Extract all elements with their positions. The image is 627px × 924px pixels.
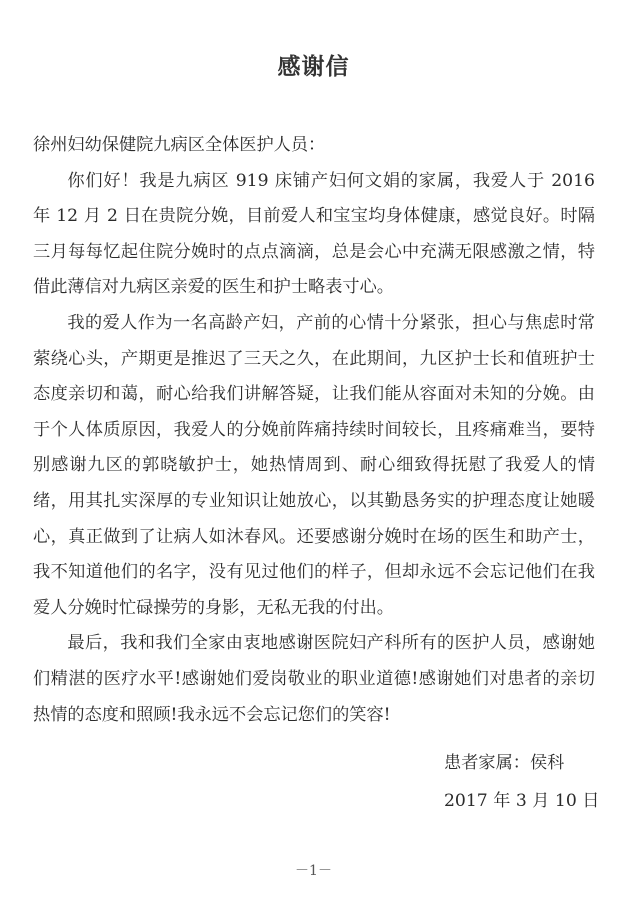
salutation: 徐州妇幼保健院九病区全体医护人员： (33, 128, 595, 164)
letter-title: 感谢信 (0, 48, 627, 81)
paragraph-2: 我的爱人作为一名高龄产妇，产前的心情十分紧张，担心与焦虑时常萦绕心头，产期更是推… (33, 306, 595, 626)
signature-date: 2017 年 3 月 10 日 (444, 786, 599, 811)
signature: 患者家属：侯科 (444, 748, 564, 773)
paragraph-1: 你们好！我是九病区 919 床铺产妇何文娟的家属，我爱人于 2016 年 12 … (33, 164, 595, 306)
page-number: －1－ (0, 860, 627, 880)
letter-body: 徐州妇幼保健院九病区全体医护人员： 你们好！我是九病区 919 床铺产妇何文娟的… (33, 128, 595, 733)
paragraph-3: 最后，我和我们全家由衷地感谢医院妇产科所有的医护人员，感谢她们精湛的医疗水平!感… (33, 626, 595, 733)
